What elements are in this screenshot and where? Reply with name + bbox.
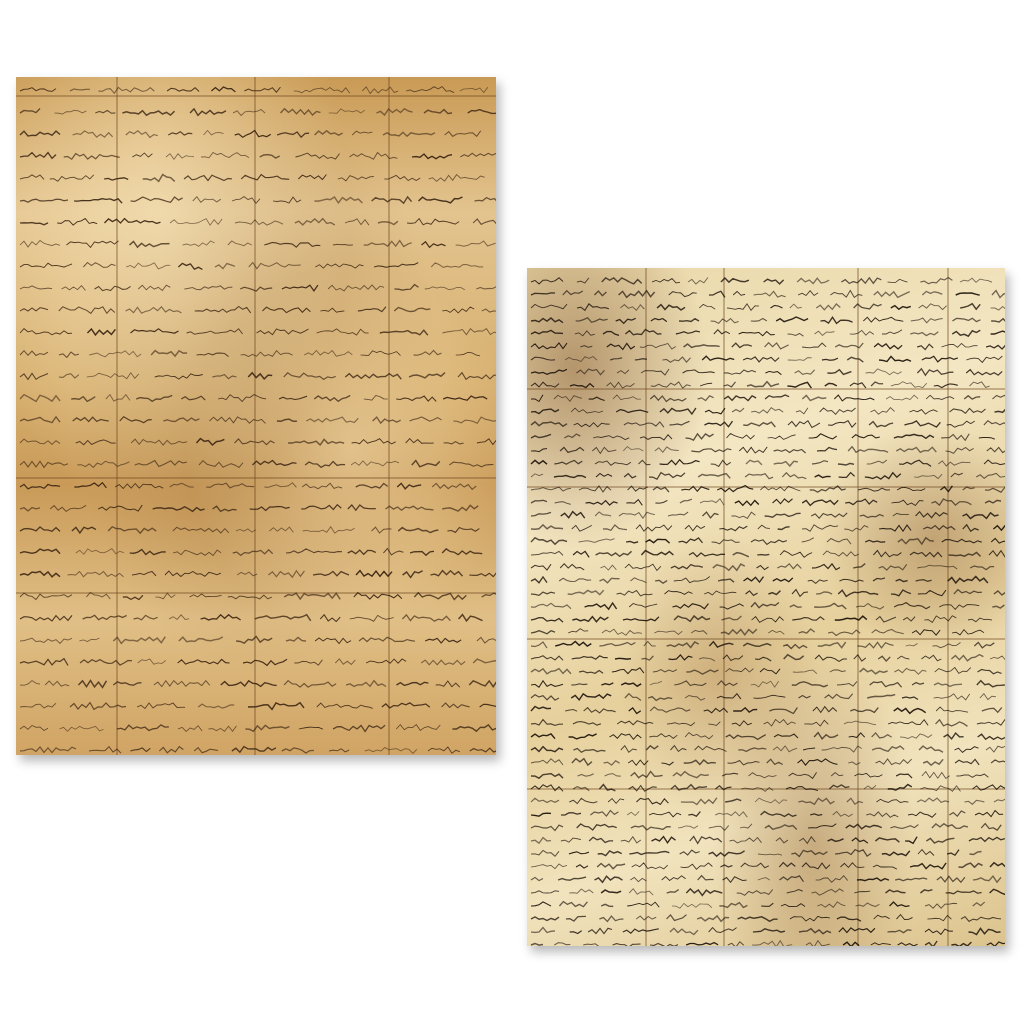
- handwriting-texture: [16, 77, 496, 755]
- left-paper-sheet: [16, 77, 496, 755]
- handwriting-texture: [527, 268, 1005, 946]
- right-paper-sheet: [527, 268, 1005, 946]
